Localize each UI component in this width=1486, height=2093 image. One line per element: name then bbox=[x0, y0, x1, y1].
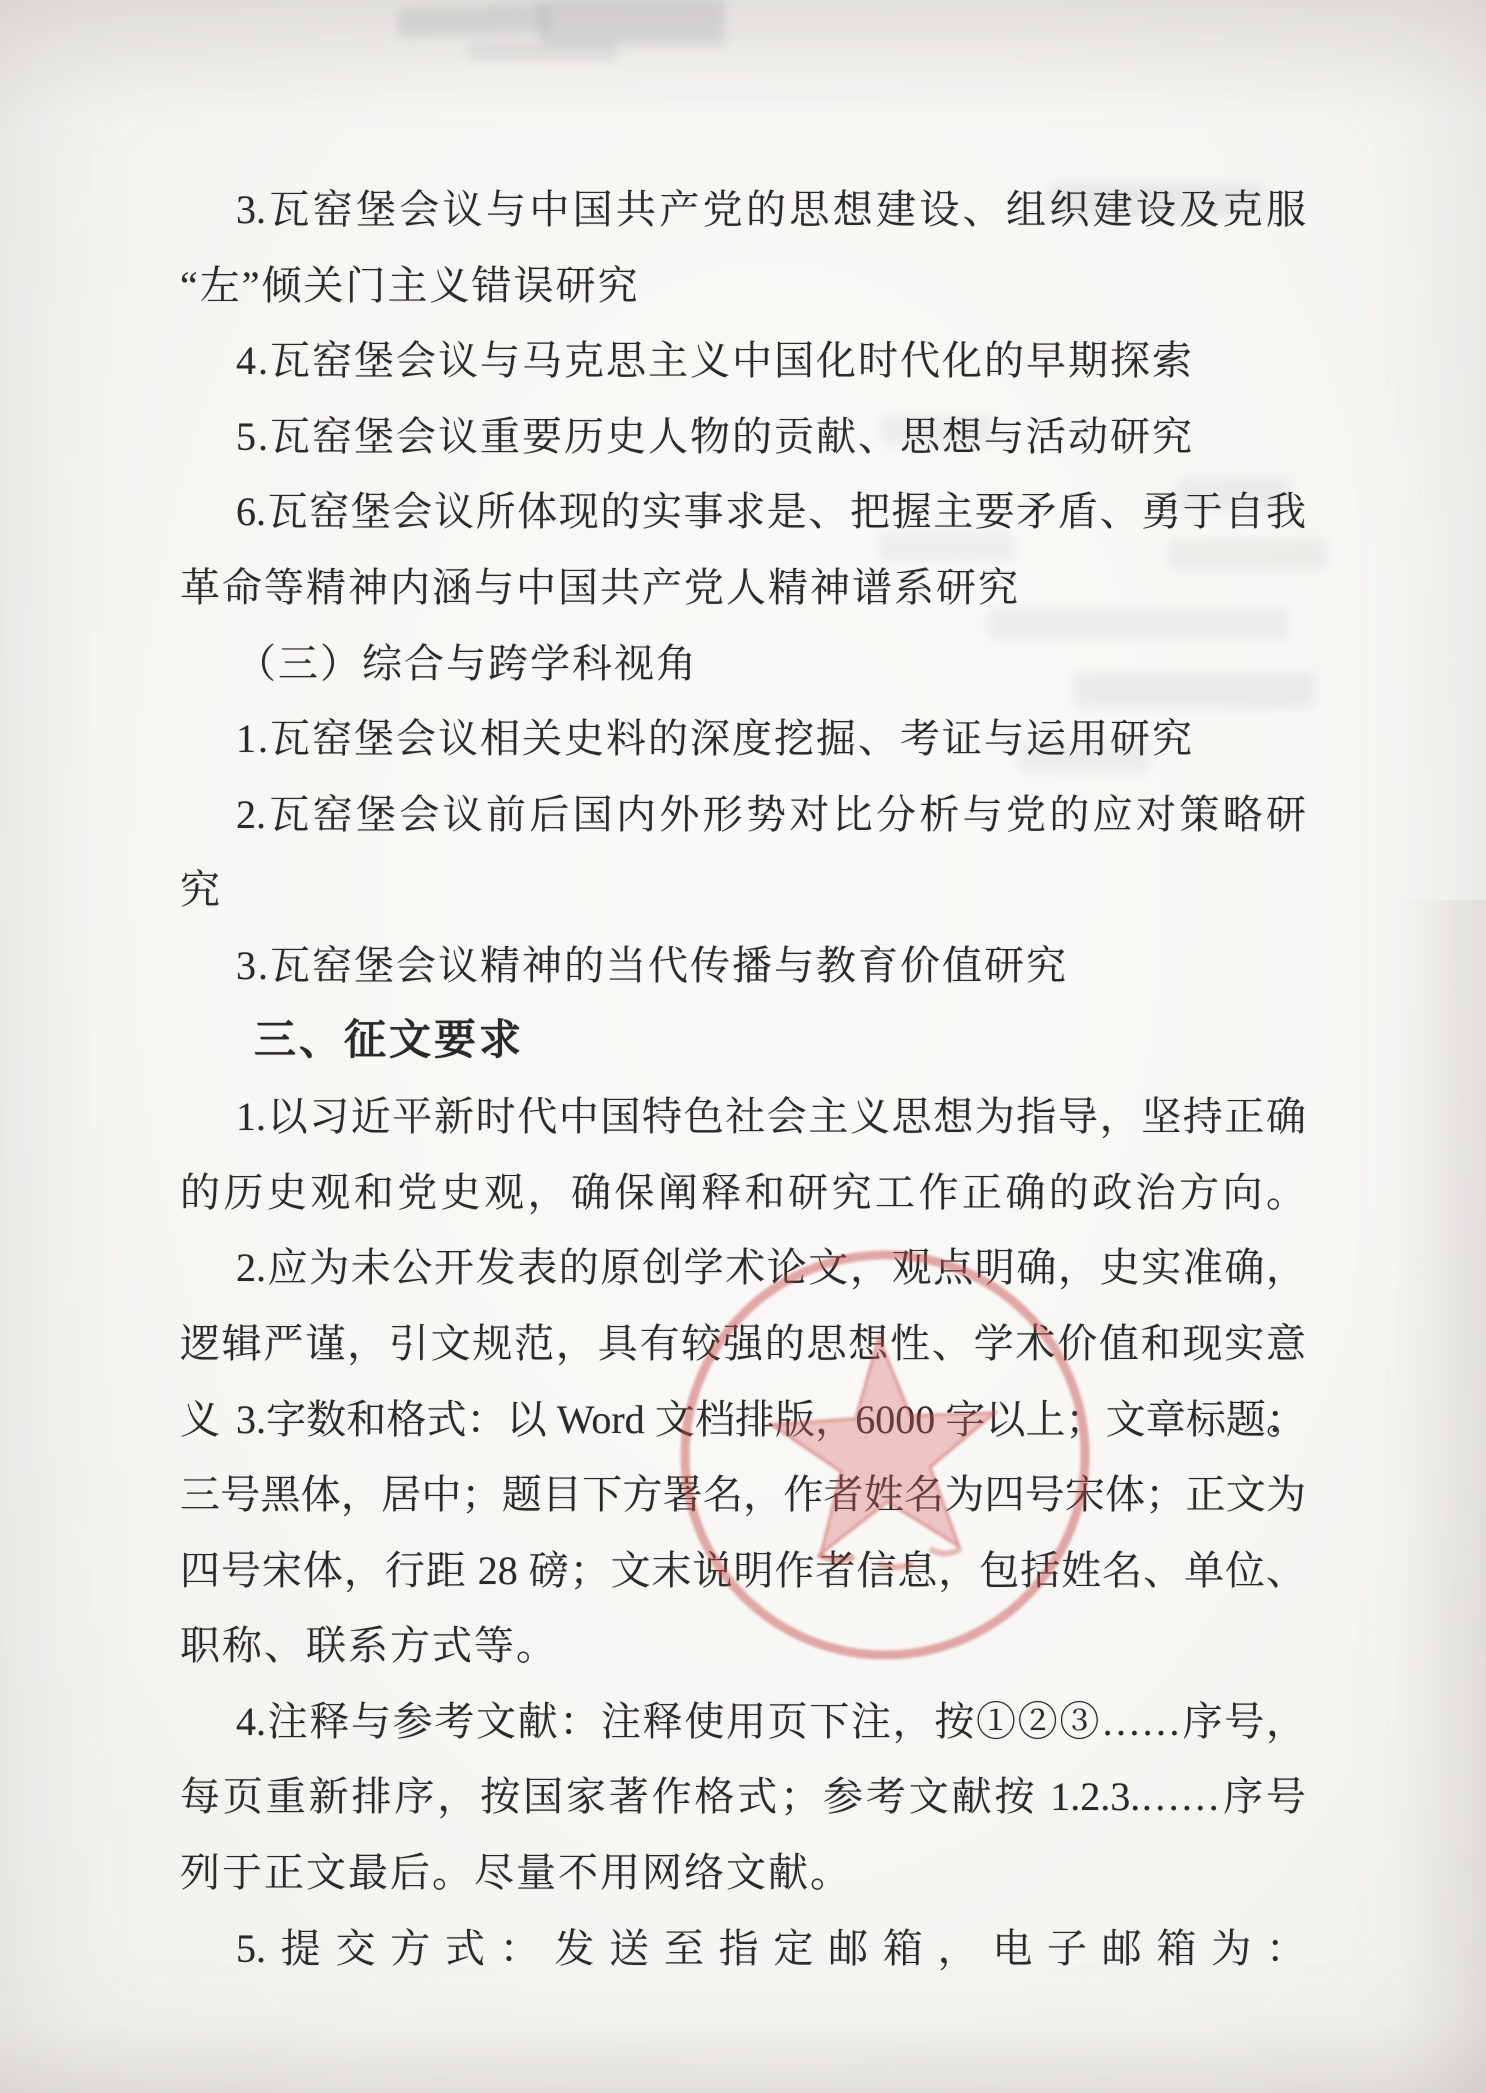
document-line: 5.瓦窑堡会议重要历史人物的贡献、思想与活动研究 bbox=[180, 399, 1306, 475]
document-line: 革命等精神内涵与中国共产党人精神谱系研究 bbox=[180, 550, 1306, 626]
document-text-block: 3.瓦窑堡会议与中国共产党的思想建设、组织建设及克服“左”倾关门主义错误研究4.… bbox=[180, 172, 1306, 1986]
document-line: 列于正文最后。尽量不用网络文献。 bbox=[180, 1835, 1306, 1911]
seal-text-stroke bbox=[930, 1547, 960, 1554]
document-line: 的历史观和党史观，确保阐释和研究工作正确的政治方向。 bbox=[180, 1155, 1306, 1231]
scanned-document-page: 3.瓦窑堡会议与中国共产党的思想建设、组织建设及克服“左”倾关门主义错误研究4.… bbox=[0, 0, 1486, 2093]
document-line: 3.瓦窑堡会议精神的当代传播与教育价值研究 bbox=[180, 928, 1306, 1004]
document-line: 4.注释与参考文献：注释使用页下注，按①②③……序号， bbox=[180, 1684, 1306, 1760]
scan-shading-right bbox=[1396, 900, 1486, 2093]
document-line: 2.瓦窑堡会议前后国内外形势对比分析与党的应对策略研 bbox=[180, 777, 1306, 853]
document-line: 4.瓦窑堡会议与马克思主义中国化时代化的早期探索 bbox=[180, 323, 1306, 399]
document-line: 5.提交方式：发送至指定邮箱，电子邮箱为： bbox=[180, 1911, 1306, 1987]
document-line: （三）综合与跨学科视角 bbox=[180, 626, 1306, 702]
document-line: 3.瓦窑堡会议与中国共产党的思想建设、组织建设及克服 bbox=[180, 172, 1306, 248]
scan-shading-bottom bbox=[0, 2023, 1486, 2093]
document-line: “左”倾关门主义错误研究 bbox=[180, 248, 1306, 324]
bleed-through-mark bbox=[468, 42, 618, 60]
document-line: 1.以习近平新时代中国特色社会主义思想为指导，坚持正确 bbox=[180, 1079, 1306, 1155]
seal-star-icon bbox=[767, 1331, 1002, 1556]
heading-essay-requirements: 三、征文要求 bbox=[180, 1004, 1306, 1080]
bleed-through-mark bbox=[398, 3, 549, 38]
red-official-seal-icon bbox=[652, 1222, 1119, 1689]
document-line: 每页重新排序，按国家著作格式；参考文献按 1.2.3.……序号 bbox=[180, 1759, 1306, 1835]
seal-text-stroke bbox=[818, 1553, 854, 1561]
document-line: 1.瓦窑堡会议相关史料的深度挖掘、考证与运用研究 bbox=[180, 701, 1306, 777]
document-line: 究 bbox=[180, 852, 1306, 928]
document-line: 6.瓦窑堡会议所体现的实事求是、把握主要矛盾、勇于自我 bbox=[180, 474, 1306, 550]
seal-text-stroke bbox=[879, 1562, 913, 1568]
scan-shading-top bbox=[0, 0, 1486, 120]
bleed-through-mark bbox=[540, 0, 725, 46]
